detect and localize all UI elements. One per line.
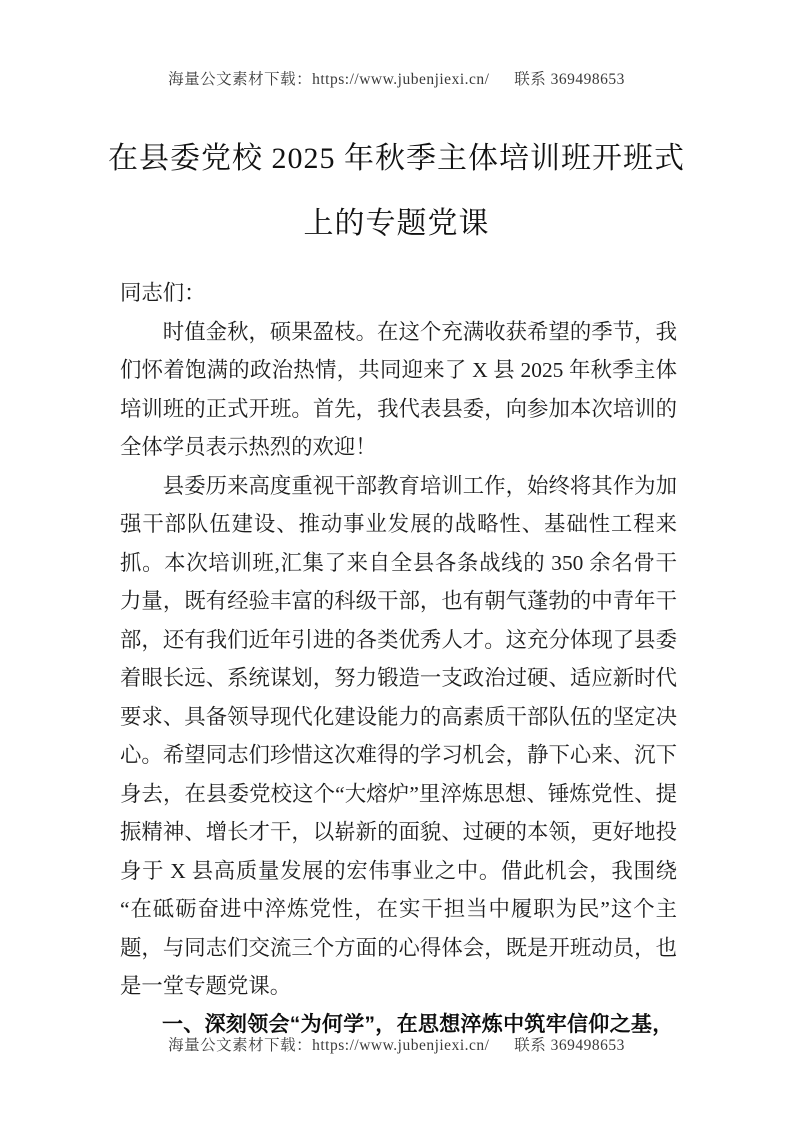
header-contact: 联系 369498653: [514, 71, 625, 88]
salutation-paragraph: 同志们：: [120, 274, 677, 313]
document-title-line1: 在县委党校 2025 年秋季主体培训班开班式: [0, 126, 793, 191]
header-url: https://www.jubenjiexi.cn/: [312, 71, 489, 88]
document-title: 在县委党校 2025 年秋季主体培训班开班式 上的专题党课: [0, 126, 793, 256]
footer-watermark: 海量公文素材下载：https://www.jubenjiexi.cn/联系 36…: [0, 1036, 793, 1056]
opening-paragraph: 时值金秋，硕果盈枝。在这个充满收获希望的季节，我们怀着饱满的政治热情，共同迎来了…: [120, 313, 677, 467]
footer-download-label: 海量公文素材下载：: [168, 1037, 312, 1054]
footer-contact: 联系 369498653: [514, 1037, 625, 1054]
header-watermark: 海量公文素材下载：https://www.jubenjiexi.cn/联系 36…: [0, 70, 793, 90]
main-paragraph: 县委历来高度重视干部教育培训工作，始终将其作为加强干部队伍建设、推动事业发展的战…: [120, 467, 677, 1006]
document-page: 海量公文素材下载：https://www.jubenjiexi.cn/联系 36…: [0, 0, 793, 1122]
document-title-line2: 上的专题党课: [0, 191, 793, 256]
footer-url: https://www.jubenjiexi.cn/: [312, 1037, 489, 1054]
header-download-label: 海量公文素材下载：: [168, 71, 312, 88]
document-body: 同志们： 时值金秋，硕果盈枝。在这个充满收获希望的季节，我们怀着饱满的政治热情，…: [120, 274, 677, 1044]
